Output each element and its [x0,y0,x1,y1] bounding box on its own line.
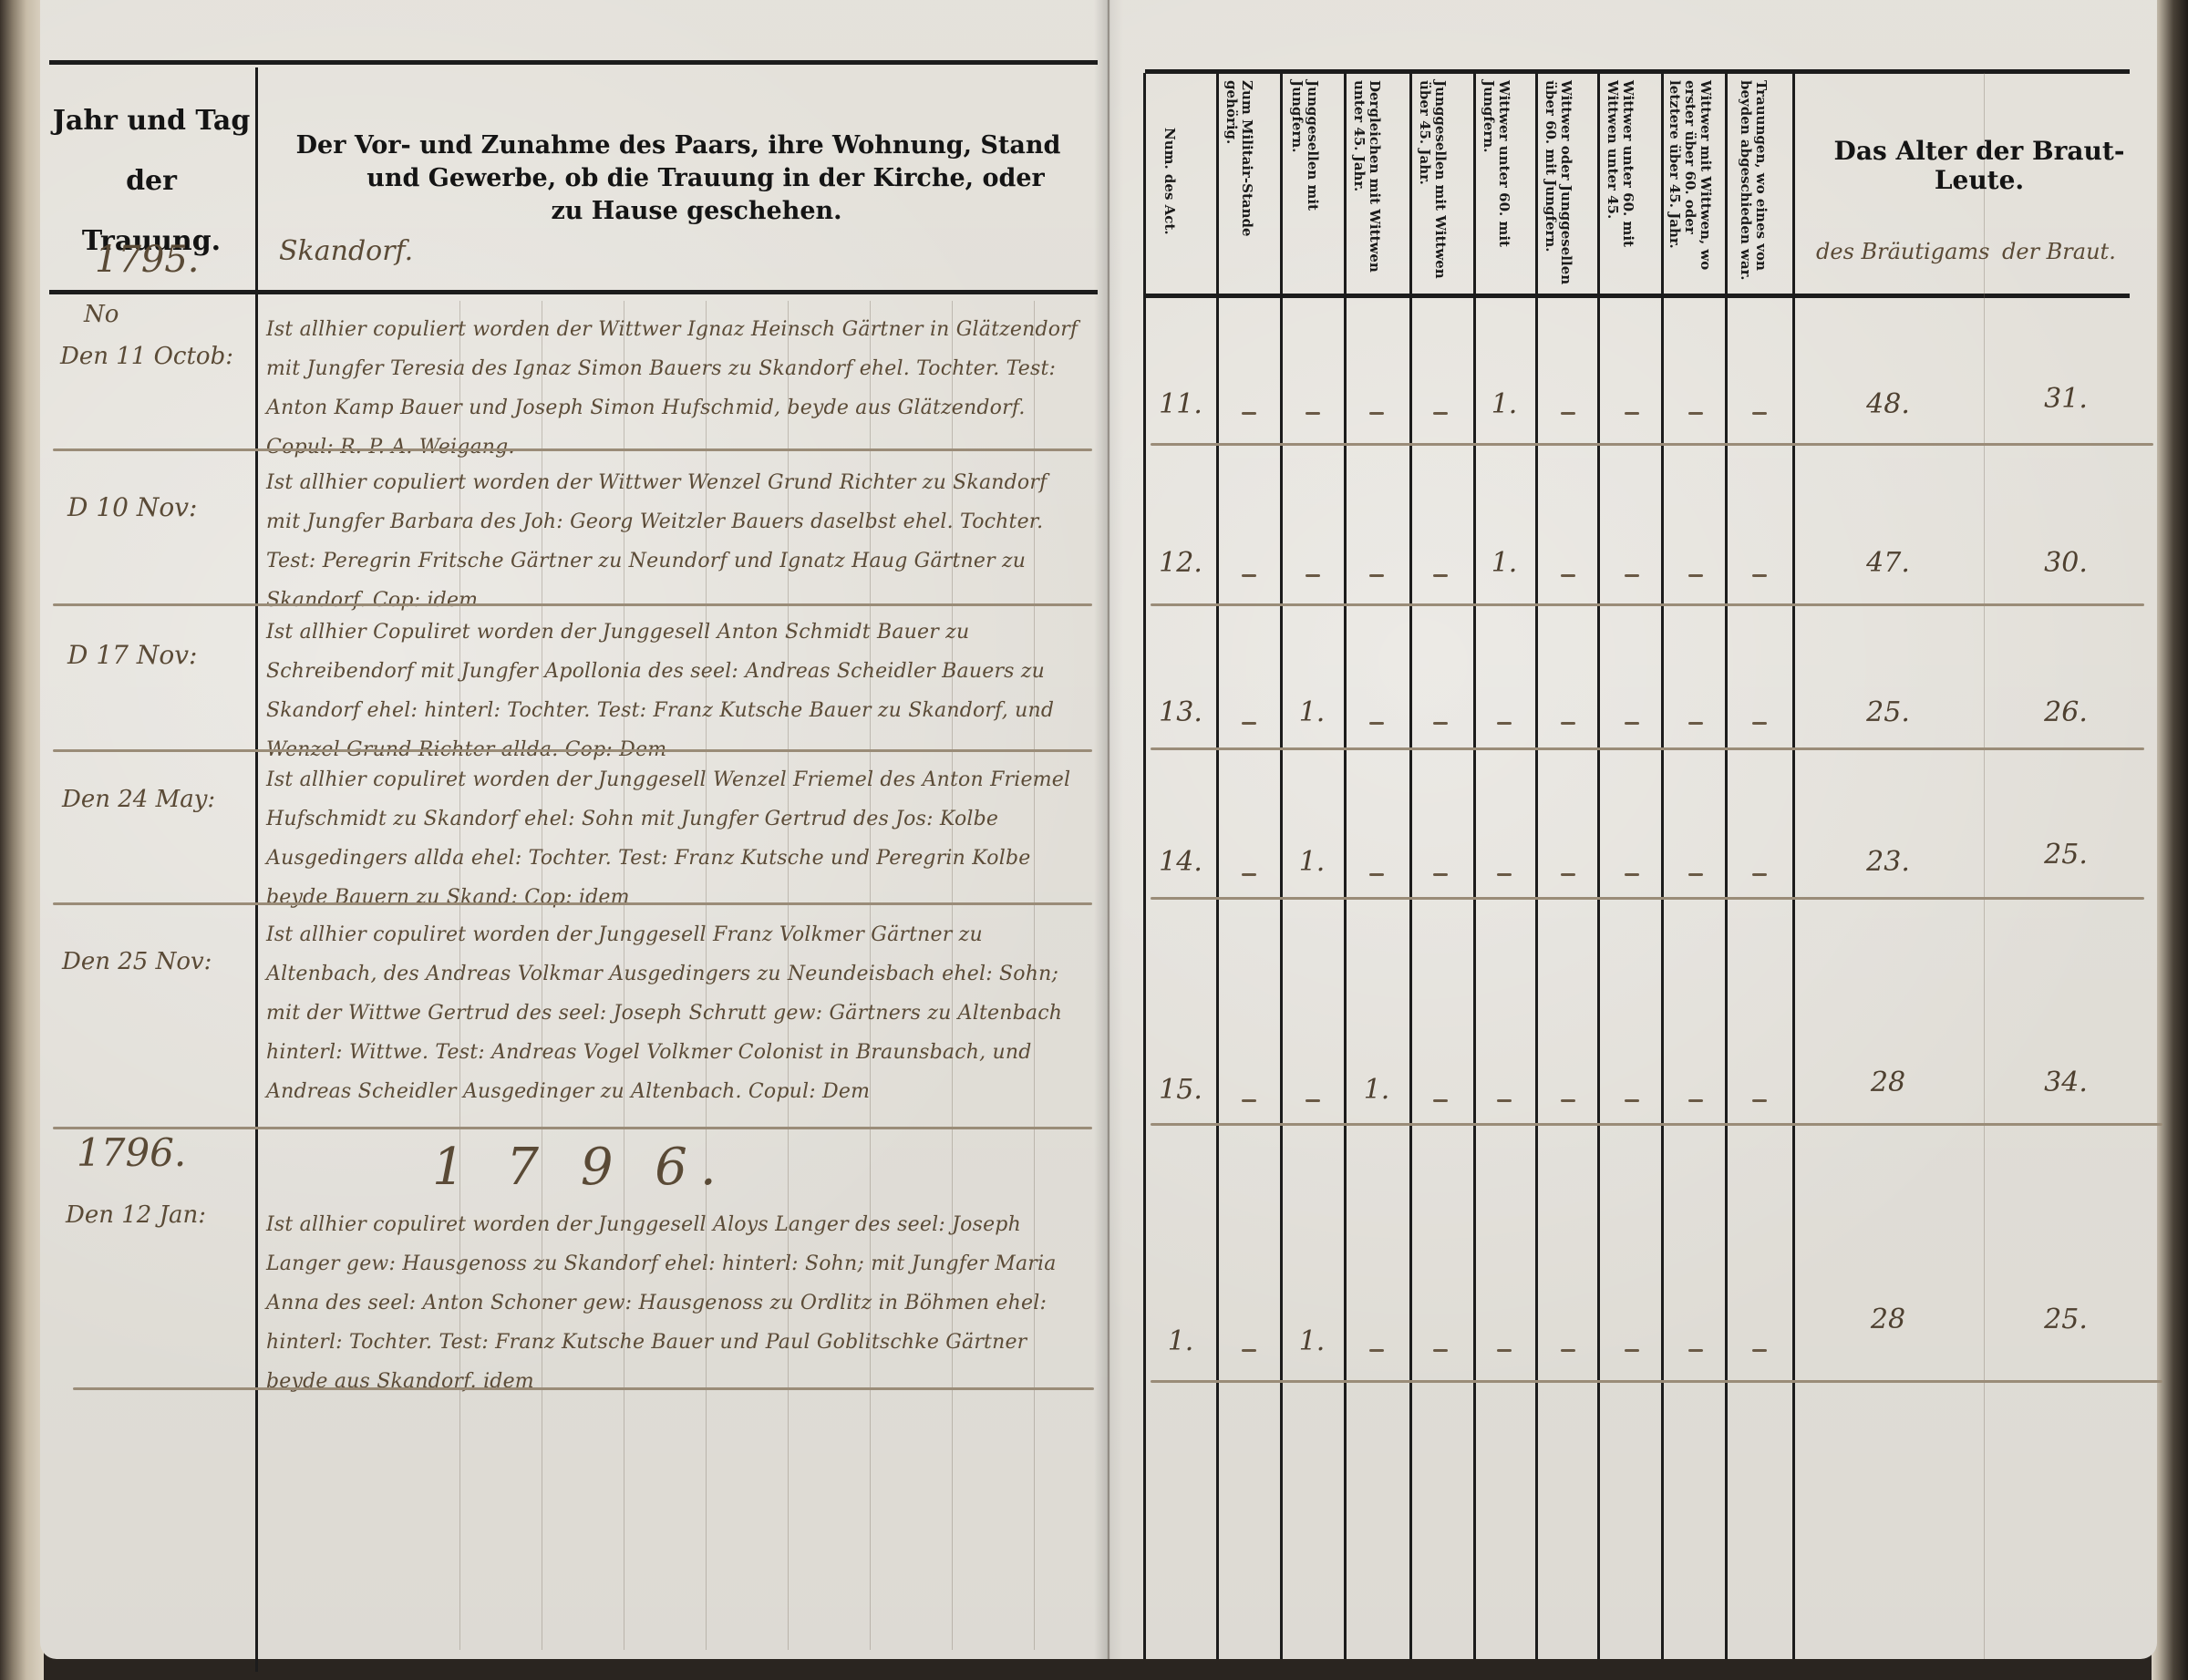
dash-mark [1752,722,1767,725]
dash-mark [1625,412,1639,415]
tally-mark: 1. [1280,846,1344,878]
header-bottom-rule [1145,294,2130,298]
column-rule [1535,73,1538,1659]
entry-date: Den 24 May: [62,786,215,813]
dash-mark [1561,574,1575,577]
header-wittwer-wittwen-ueber: Wittwer mit Wittwen, wo erster über 60. … [1667,80,1713,286]
dash-mark [1369,873,1384,876]
row-separator [1151,1123,2162,1126]
header-wittwer-unter-60-jungfern: Wittwer unter 60. mit Jungfern. [1481,80,1512,286]
entry-text: Ist allhier copuliert worden der Wittwer… [266,310,1087,467]
act-number: 12. [1149,547,1213,579]
row-separator [1151,603,2144,606]
dash-mark [1433,873,1448,876]
bride-age: 30. [1984,547,2148,579]
header-top-rule [1145,69,2130,74]
dash-mark [1688,873,1703,876]
row-separator [1151,443,2153,446]
dash-mark [1625,722,1639,725]
act-number: 13. [1149,696,1213,728]
header-age-title: Das Alter der Braut- Leute. [1801,137,2157,195]
dash-mark [1561,1099,1575,1102]
book-gutter [1094,0,1123,1659]
bride-age: 25. [1984,1304,2148,1335]
header-dergleichen-wittwen-unter-45: Dergleichen mit Wittwen unter 45. Jahr. [1351,80,1382,286]
column-rule [1725,73,1728,1659]
dash-mark [1369,1349,1384,1352]
column-rule [1597,73,1600,1659]
dash-mark [1369,412,1384,415]
dash-mark [1242,873,1256,876]
row-separator [1151,1380,2162,1383]
subheader-groom-age: des Bräutigams [1816,239,1989,264]
header-abgeschieden: Trauungen, wo eines von beyden abgeschie… [1738,80,1769,286]
groom-age: 48. [1801,388,1975,420]
entry-date: Den 11 Octob: [60,343,233,370]
dash-mark [1625,873,1639,876]
dash-mark [1433,1099,1448,1102]
dash-mark [1369,722,1384,725]
column-rule [1792,73,1795,1659]
header-line: und Gewerbe, ob die Trauung in der Kirch… [268,162,1089,195]
act-number: 11. [1149,388,1213,420]
header-top-rule [49,60,1098,65]
entry-separator [53,902,1092,905]
header-names-column-title: Der Vor- und Zunahme des Paars, ihre Woh… [268,129,1089,228]
year-marker-1796: 1796. [77,1130,186,1175]
bride-age: 25. [1984,839,2148,871]
dash-mark [1433,412,1448,415]
entry-text: Ist allhier copuliret worden der Jungges… [266,915,1087,1111]
tally-mark: 1. [1344,1074,1409,1106]
bride-age: 26. [1984,696,2148,728]
dash-mark [1561,873,1575,876]
act-number: 15. [1149,1074,1213,1106]
dash-mark [1497,873,1512,876]
dash-mark [1561,722,1575,725]
entry-separator [73,1387,1094,1390]
row-separator [1151,747,2144,750]
dash-mark [1625,1349,1639,1352]
dash-mark [1625,574,1639,577]
tally-mark: 1. [1473,547,1535,579]
groom-age: 25. [1801,696,1975,728]
dash-mark [1433,722,1448,725]
dash-mark [1752,1349,1767,1352]
header-junggesellen-jungfern: Junggesellen mit Jungfern. [1289,80,1320,286]
dash-mark [1242,412,1256,415]
entry-date: Den 12 Jan: [66,1201,206,1229]
right-page: Num. des Act. Zum Militair-Stande gehöri… [1109,0,2157,1659]
entry-text: Ist allhier copuliret worden der Jungges… [266,760,1087,917]
dash-mark [1242,574,1256,577]
dash-mark [1688,1099,1703,1102]
dash-mark [1306,1099,1320,1102]
header-wittwer-wittwen-unter-45: Wittwer unter 60. mit Wittwen unter 45. [1605,80,1636,286]
date-column-divider [255,67,258,1672]
header-line: Jahr und Tag [49,91,253,151]
dash-mark [1433,1349,1448,1352]
entry-separator [53,1127,1092,1129]
header-line: Der Vor- und Zunahme des Paars, ihre Woh… [268,129,1089,162]
header-bottom-rule [49,290,1098,294]
groom-age: 28 [1801,1304,1975,1335]
dash-mark [1688,412,1703,415]
entry-separator [53,749,1092,752]
header-militair: Zum Militair-Stande gehörig. [1223,80,1254,286]
header-line: Leute. [1801,166,2157,195]
book-edge-left [0,0,44,1680]
entry-text: Ist allhier copuliret worden der Jungges… [266,1205,1087,1401]
dash-mark [1688,574,1703,577]
column-rule [1409,73,1412,1659]
header-num-des-act: Num. des Act. [1161,128,1177,283]
dash-mark [1497,722,1512,725]
subheader-bride-age: der Braut. [2002,239,2116,264]
column-rule [1473,73,1476,1659]
header-line: der [49,151,253,211]
entry-text: Ist allhier Copuliret worden der Jungges… [266,613,1087,769]
dash-mark [1561,1349,1575,1352]
entry-date: Den 25 Nov: [62,948,212,975]
bride-age: 34. [1984,1067,2148,1098]
dash-mark [1242,1099,1256,1102]
bride-age: 31. [1984,383,2148,415]
entry-separator [53,448,1092,451]
header-line: Das Alter der Braut- [1801,137,2157,166]
column-rule [1661,73,1664,1659]
groom-age: 23. [1801,846,1975,878]
header-junggesellen-wittwen-ueber-45: Junggesellen mit Wittwen über 45. Jahr. [1417,80,1448,286]
dash-mark [1752,1099,1767,1102]
act-number: 14. [1149,846,1213,878]
dash-mark [1561,412,1575,415]
dash-mark [1306,412,1320,415]
dash-mark [1369,574,1384,577]
act-number: 1. [1149,1325,1213,1357]
dash-mark [1752,412,1767,415]
header-line: zu Hause geschehen. [268,195,1089,228]
entry-separator [53,603,1092,606]
dash-mark [1242,722,1256,725]
book-edge-right [2152,0,2188,1680]
header-wittwer-ueber-60-jungfern: Wittwer oder Junggesellen über 60. mit J… [1543,80,1574,286]
dash-mark [1752,574,1767,577]
dash-mark [1242,1349,1256,1352]
dash-mark [1497,1349,1512,1352]
tally-mark: 1. [1280,1325,1344,1357]
dash-mark [1688,1349,1703,1352]
dash-mark [1433,574,1448,577]
groom-age: 47. [1801,547,1975,579]
dash-mark [1497,1099,1512,1102]
dash-mark [1688,722,1703,725]
entry-date: D 10 Nov: [67,492,198,522]
entry-marker-no: No [84,301,119,328]
column-rule [1143,73,1146,1659]
tally-mark: 1. [1280,696,1344,728]
row-separator [1151,897,2144,900]
dash-mark [1625,1099,1639,1102]
entry-date: D 17 Nov: [67,640,198,670]
handwritten-year-1795: 1795. [95,239,200,281]
column-rule [1216,73,1219,1659]
handwritten-place: Skandorf. [279,235,413,267]
column-rule [1344,73,1347,1659]
entry-text: Ist allhier copuliert worden der Wittwer… [266,463,1087,620]
left-page: Jahr und Tag der Trauung. 1795. Der Vor-… [40,0,1109,1659]
dash-mark [1306,574,1320,577]
dash-mark [1752,873,1767,876]
tally-mark: 1. [1473,388,1535,420]
year-heading-1796: 1 7 9 6. [432,1138,729,1197]
groom-age: 28 [1801,1067,1975,1098]
